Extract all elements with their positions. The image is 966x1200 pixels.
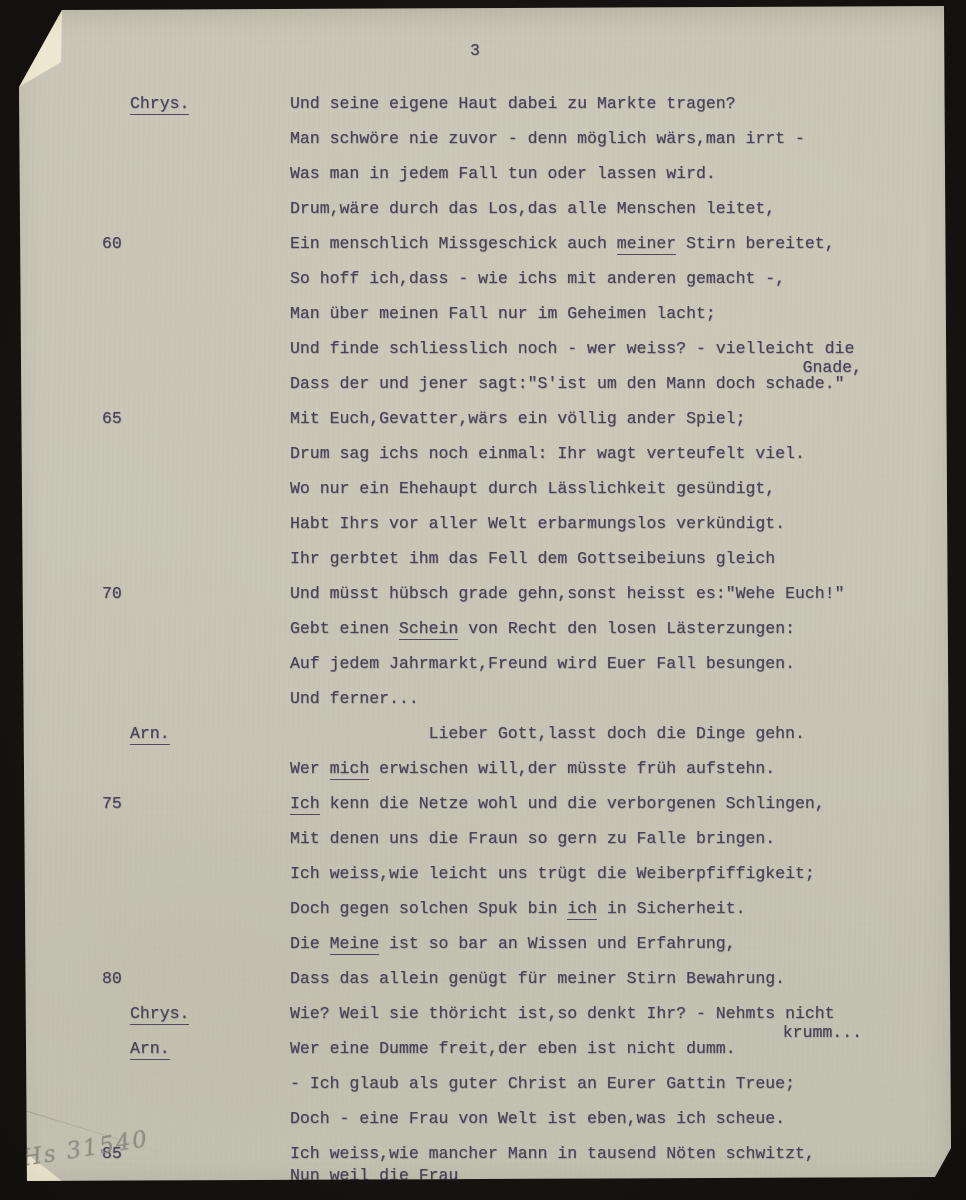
dialogue-line: Ich weiss,wie leicht uns trügt die Weibe…: [290, 864, 815, 884]
manuscript-page: 3 Chrys.Und seine eigene Haut dabei zu M…: [0, 0, 966, 1200]
dialogue-line: Doch gegen solchen Spuk bin ich in Siche…: [290, 899, 746, 919]
line-number: 60: [102, 234, 122, 254]
dialogue-line: Habt Ihrs vor aller Welt erbarmungslos v…: [290, 514, 785, 534]
dialogue-line: Doch - eine Frau von Welt ist eben,was i…: [290, 1109, 785, 1129]
speaker-label: Chrys.: [130, 94, 189, 114]
dialogue-line: Mit Euch,Gevatter,wärs ein völlig ander …: [290, 409, 745, 429]
dialogue-line: Auf jedem Jahrmarkt,Freund wird Euer Fal…: [290, 654, 795, 674]
dialogue-line: Und ferner...: [290, 689, 419, 709]
dialogue-line: Drum sag ichs noch einmal: Ihr wagt vert…: [290, 444, 805, 464]
speaker-label: Arn.: [130, 1039, 170, 1059]
dialogue-line: Und finde schliesslich noch - wer weiss?…: [290, 339, 854, 359]
dialogue-line: Ihr gerbtet ihm das Fell dem Gottseibeiu…: [290, 549, 775, 569]
dialogue-line: Ich kenn die Netze wohl und die verborge…: [290, 794, 825, 814]
dialogue-line: Und seine eigene Haut dabei zu Markte tr…: [290, 94, 736, 114]
dialogue-line: Gebt einen Schein von Recht den losen Lä…: [290, 619, 795, 639]
dialogue-line: Wer mich erwischen will,der müsste früh …: [290, 759, 775, 779]
dialogue-overflow: krumm...: [783, 1023, 862, 1043]
photo-background: 3 Chrys.Und seine eigene Haut dabei zu M…: [0, 0, 966, 1200]
dialogue-line: Ich weiss,wie mancher Mann in tausend Nö…: [290, 1144, 815, 1164]
dialogue-line: Dass der und jener sagt:"S'ist um den Ma…: [290, 374, 845, 394]
dialogue-line: Was man in jedem Fall tun oder lassen wi…: [290, 164, 716, 184]
dialogue-line: Und müsst hübsch grade gehn,sonst heisst…: [290, 584, 845, 604]
dialogue-line: So hoff ich,dass - wie ichs mit anderen …: [290, 269, 785, 289]
page-number: 3: [470, 41, 480, 61]
dialogue-line: Wo nur ein Ehehaupt durch Lässlichkeit g…: [290, 479, 775, 499]
dialogue-line: Drum,wäre durch das Los,das alle Mensche…: [290, 199, 775, 219]
speaker-label: Arn.: [130, 724, 170, 744]
line-number: 75: [102, 794, 122, 814]
dialogue-line: Lieber Gott,lasst doch die Dinge gehn.: [429, 724, 805, 744]
dialogue-line: Die Meine ist so bar an Wissen und Erfah…: [290, 934, 736, 954]
dialogue-line: Ein menschlich Missgeschick auch meiner …: [290, 234, 835, 254]
dialogue-line: Dass das allein genügt für meiner Stirn …: [290, 969, 785, 989]
line-number: 65: [102, 409, 122, 429]
dialogue-line: Man schwöre nie zuvor - denn möglich wär…: [290, 129, 805, 149]
line-number: 80: [102, 969, 122, 989]
dialogue-line: - Ich glaub als guter Christ an Eurer Ga…: [290, 1074, 795, 1094]
archive-mark: Hs 31540: [20, 1126, 151, 1172]
dialogue-line: Mit denen uns die Fraun so gern zu Falle…: [290, 829, 775, 849]
line-number: 70: [102, 584, 122, 604]
dialogue-line: Wer eine Dumme freit,der eben ist nicht …: [290, 1039, 736, 1059]
dialogue-line: Wie? Weil sie thöricht ist,so denkt Ihr?…: [290, 1004, 835, 1024]
dialogue-line: Nun weil die Frau: [290, 1166, 458, 1186]
speaker-label: Chrys.: [130, 1004, 189, 1024]
dialogue-line: Man über meinen Fall nur im Geheimen lac…: [290, 304, 716, 324]
